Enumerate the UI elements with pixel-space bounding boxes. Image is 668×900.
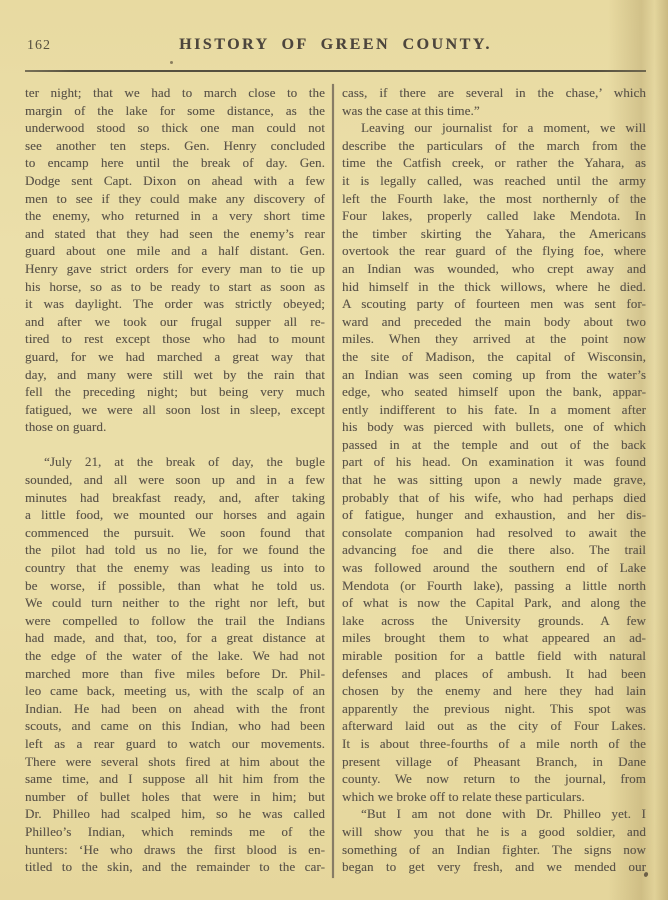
text-line: miles. When they arrived at the point no…	[342, 330, 646, 348]
page-header-title: HISTORY OF GREEN COUNTY.	[27, 36, 644, 54]
text-line: mirable position for a battle field with…	[342, 647, 646, 665]
ink-speck	[170, 61, 173, 64]
text-line: minutes had breakfast ready, and, after …	[25, 489, 325, 507]
text-line: the site of Madison, the capital of Wisc…	[342, 348, 646, 366]
text-line: day, and many were still wet by the rain…	[25, 366, 325, 384]
text-line: left as a rear guard to watch our moveme…	[25, 735, 325, 753]
text-line: titled to the skin, and the remainder to…	[25, 858, 325, 876]
text-line: edge, who seated himself upon the bank, …	[342, 383, 646, 401]
text-line: fell the preceding night; but being very…	[25, 383, 325, 401]
column-divider	[332, 84, 334, 878]
text-line: consolate companion had resolved to awai…	[342, 524, 646, 542]
text-line: began to get very fresh, and we mended o…	[342, 858, 646, 876]
header-rule	[25, 70, 646, 72]
text-line: the timber skirting the Yahara, the Amer…	[342, 225, 646, 243]
text-line: tired to rest except those who had to mo…	[25, 330, 325, 348]
text-line: passed in at the temple and out of the b…	[342, 436, 646, 454]
text-line: describe the particulars of the march fr…	[342, 137, 646, 155]
text-line: advancing foe and die there also. The tr…	[342, 541, 646, 559]
text-line: We could turn neither to the right nor l…	[25, 594, 325, 612]
text-line: scouts, and came on this Indian, who had…	[25, 717, 325, 735]
ink-speck	[643, 871, 649, 877]
text-line: lake across the University grounds. A fe…	[342, 612, 646, 630]
paragraph: ter night; that we had to march close to…	[25, 84, 325, 436]
book-page: 162 HISTORY OF GREEN COUNTY. ter night; …	[0, 0, 668, 900]
text-line: the pilot had told us no lie, for we fou…	[25, 541, 325, 559]
text-line: guard, for we had marched a great way th…	[25, 348, 325, 366]
text-line: leo came back, meeting us, with the scal…	[25, 682, 325, 700]
text-line: left the Fourth lake, the most northernl…	[342, 190, 646, 208]
right-column: cass, if there are several in the chase,…	[342, 84, 646, 878]
text-line: underwood stood so thick one man could n…	[25, 119, 325, 137]
text-line: had made, and that, too, for a great dis…	[25, 629, 325, 647]
text-line: ently indifferent to his fate. In a mome…	[342, 401, 646, 419]
text-line: those on guard.	[25, 418, 325, 436]
text-columns: ter night; that we had to march close to…	[25, 84, 646, 878]
text-line: time the Catfish creek, or rather the Ya…	[342, 154, 646, 172]
text-line: will show you that he is a good soldier,…	[342, 823, 646, 841]
paragraph: cass, if there are several in the chase,…	[342, 84, 646, 119]
text-line: Mendota (or Fourth lake), passing a litt…	[342, 577, 646, 595]
text-line: Philleo’s Indian, which reminds me of th…	[25, 823, 325, 841]
text-line: A scouting party of fourteen men was sen…	[342, 295, 646, 313]
text-line: of what is now the Capital Park, and alo…	[342, 594, 646, 612]
text-line: it is legally called, was reached until …	[342, 172, 646, 190]
text-line: ter night; that we had to march close to…	[25, 84, 325, 102]
text-line: present village of Pheasant Branch, in D…	[342, 753, 646, 771]
text-line: hunters: ‘He who draws the first blood i…	[25, 841, 325, 859]
text-line: men to see if they could make any discov…	[25, 190, 325, 208]
text-line: that he was sitting upon a newly made gr…	[342, 471, 646, 489]
text-line: be worse, if possible, than what he told…	[25, 577, 325, 595]
text-line: his body was pierced with bullets, one o…	[342, 418, 646, 436]
text-line: his horse, so as to be ready to start as…	[25, 278, 325, 296]
text-line: marched more than five miles before Dr. …	[25, 665, 325, 683]
text-line: and after we took our frugal supper all …	[25, 313, 325, 331]
paragraph: Leaving our journalist for a moment, we …	[342, 119, 646, 805]
text-line: miles brought them to what appeared an a…	[342, 629, 646, 647]
text-line: There were several shots fired at him ab…	[25, 753, 325, 771]
text-line: chosen by the enemy and here they had la…	[342, 682, 646, 700]
text-line: Leaving our journalist for a moment, we …	[342, 119, 646, 137]
text-line: cass, if there are several in the chase,…	[342, 84, 646, 102]
text-line: of fatigue, hunger and exhaustion, and h…	[342, 506, 646, 524]
text-line: the enemy, who returned in a very short …	[25, 207, 325, 225]
text-line: ward and preceded the main body about tw…	[342, 313, 646, 331]
text-line: was the case at this time.”	[342, 102, 646, 120]
text-line: guard about one mile and a half distant.…	[25, 242, 325, 260]
text-line: country that the enemy was leading us in…	[25, 559, 325, 577]
text-line: same time, and I suppose all hit him fro…	[25, 770, 325, 788]
text-line: which we broke off to relate these parti…	[342, 788, 646, 806]
page-header: 162 HISTORY OF GREEN COUNTY.	[27, 36, 644, 56]
text-line: commenced the pursuit. We soon found tha…	[25, 524, 325, 542]
text-line: “But I am not done with Dr. Philleo yet.…	[342, 805, 646, 823]
text-line: was followed around the southern end of …	[342, 559, 646, 577]
text-line: were compelled to follow the trail the I…	[25, 612, 325, 630]
text-line: an Indian was wounded, who crept away an…	[342, 260, 646, 278]
text-line: to encamp here until the break of day. G…	[25, 154, 325, 172]
text-line: apparently the previous night. This spot…	[342, 700, 646, 718]
text-line: Four lakes, properly called lake Mendota…	[342, 207, 646, 225]
text-line: hid himself in the thick willows, where …	[342, 278, 646, 296]
text-line: something of an Indian fighter. The sign…	[342, 841, 646, 859]
text-line: fatigued, we were all soon lost in sleep…	[25, 401, 325, 419]
text-line: overtook the rear guard of the flying fo…	[342, 242, 646, 260]
text-line: the edge of the water of the lake. We ha…	[25, 647, 325, 665]
text-line: Dr. Philleo had scalped him, so he was c…	[25, 805, 325, 823]
text-line: afterward laid out as the city of Four L…	[342, 717, 646, 735]
text-line: margin of the lake for some distance, as…	[25, 102, 325, 120]
text-line: county. We now return to the journal, fr…	[342, 770, 646, 788]
text-line: a little food, we mounted our horses and…	[25, 506, 325, 524]
text-line: defenses and places of ambush. It had be…	[342, 665, 646, 683]
text-line: “July 21, at the break of day, the bugle	[25, 453, 325, 471]
paragraph: “July 21, at the break of day, the bugle…	[25, 453, 325, 875]
text-line: it was daylight. The order was strictly …	[25, 295, 325, 313]
paragraph: “But I am not done with Dr. Philleo yet.…	[342, 805, 646, 875]
text-line: and stated that they had seen the enemy’…	[25, 225, 325, 243]
text-line: number of bullet holes that were in him;…	[25, 788, 325, 806]
left-column: ter night; that we had to march close to…	[25, 84, 325, 878]
text-line: Indian. He had been on ahead with the fr…	[25, 700, 325, 718]
text-line: Henry gave strict orders for every man t…	[25, 260, 325, 278]
text-line: an Indian was seen coming up from the wa…	[342, 366, 646, 384]
text-line: sounded, and all were soon up and in a f…	[25, 471, 325, 489]
text-line: part of his head. On examination it was …	[342, 453, 646, 471]
text-line: see another ten steps. Gen. Henry conclu…	[25, 137, 325, 155]
text-line: It is about three-fourths of a mile nort…	[342, 735, 646, 753]
text-line: probably that of his wife, who had perha…	[342, 489, 646, 507]
text-line: Dodge sent Capt. Dixon on ahead with a f…	[25, 172, 325, 190]
